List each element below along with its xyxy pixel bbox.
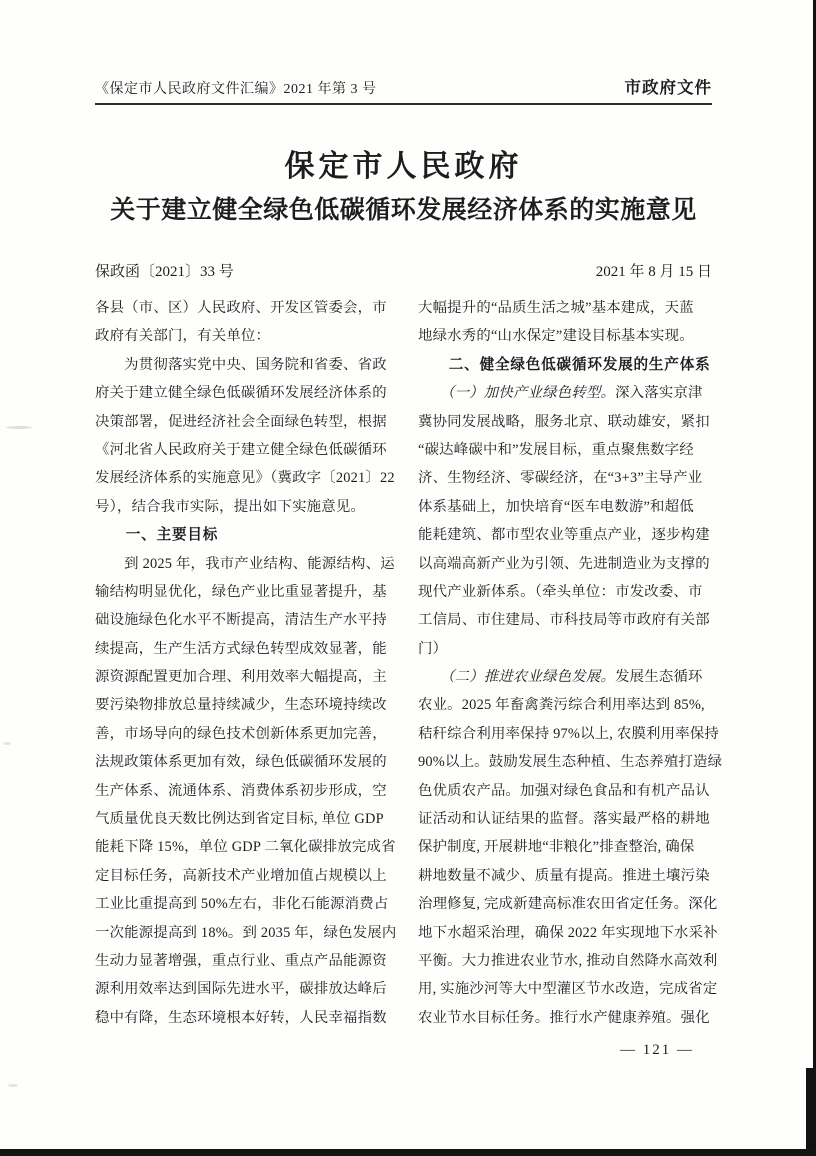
scan-speck: [6, 426, 32, 429]
text-line: 秸秆综合利用率保持 97%以上, 农膜利用率保持: [418, 720, 712, 748]
document-title-subject: 关于建立健全绿色低碳循环发展经济体系的实施意见: [95, 190, 712, 226]
text-line: 稳中有降，生态环境根本好转，人民幸福指数: [95, 1004, 404, 1032]
scan-edge-right-corner: [806, 1068, 816, 1156]
section-heading: 一、主要目标: [95, 521, 404, 549]
text-line: 门）: [418, 635, 712, 663]
text-line: 为贯彻落实党中央、国务院和省委、省政: [95, 351, 404, 379]
text-line: 到 2025 年，我市产业结构、能源结构、运: [95, 550, 404, 578]
text-line: 《河北省人民政府关于建立健全绿色低碳循环: [95, 436, 404, 464]
page-header: 《保定市人民政府文件汇编》2021 年第 3 号 市政府文件: [95, 0, 712, 105]
text-line: 90%以上。鼓励发展生态种植、生态养殖打造绿: [418, 748, 712, 776]
text-line: 能耗下降 15%，单位 GDP 二氧化碳排放完成省: [95, 833, 404, 861]
text-line: 善，市场导向的绿色技术创新体系更加完善，: [95, 720, 404, 748]
text-line: 号），结合我市实际，提出如下实施意见。: [95, 493, 404, 521]
doc-date: 2021 年 8 月 15 日: [596, 260, 712, 281]
body-right-column: 大幅提升的“品质生活之城”基本建成，天蓝地绿水秀的“山水保定”建设目标基本实现。…: [418, 294, 712, 1032]
text-line: 定目标任务，高新技术产业增加值占规模以上: [95, 862, 404, 890]
text-line: 保护制度, 开展耕地“非粮化”排查整治, 确保: [418, 833, 712, 861]
text-line: 生产体系、流通体系、消费体系初步形成，空: [95, 777, 404, 805]
document-category-label: 市政府文件: [625, 74, 713, 98]
text-line: 源资源配置更加合理、利用效率大幅提高，主: [95, 663, 404, 691]
text-line: 政府有关部门，有关单位：: [95, 322, 404, 350]
scan-speck: [8, 1084, 18, 1087]
compilation-header-text: 《保定市人民政府文件汇编》2021 年第 3 号: [95, 78, 377, 98]
text-line: 各县（市、区）人民政府、开发区管委会，市: [95, 294, 404, 322]
text-line: 色优质农产品。加强对绿色食品和有机产品认: [418, 777, 712, 805]
document-title-issuer: 保定市人民政府: [95, 141, 712, 185]
text-line: 决策部署，促进经济社会全面绿色转型，根据: [95, 408, 404, 436]
text-line: 生动力显著增强，重点行业、重点产品能源资: [95, 947, 404, 975]
text-line: 济、生物经济、零碳经济，在“3+3”主导产业: [418, 464, 712, 492]
text-line: 用, 实施沙河等大中型灌区节水改造，完成省定: [418, 975, 712, 1003]
text-line: 证活动和认证结果的监督。落实最严格的耕地: [418, 805, 712, 833]
scan-speck: [3, 742, 11, 745]
text-line: （一）加快产业绿色转型。深入落实京津: [418, 379, 712, 407]
text-line: 府关于建立健全绿色低碳循环发展经济体系的: [95, 379, 404, 407]
text-line: 一次能源提高到 18%。到 2035 年，绿色发展内: [95, 919, 404, 947]
body-columns: 各县（市、区）人民政府、开发区管委会，市政府有关部门，有关单位： 为贯彻落实党中…: [95, 294, 712, 1032]
body-left-column: 各县（市、区）人民政府、开发区管委会，市政府有关部门，有关单位： 为贯彻落实党中…: [95, 294, 404, 1032]
text-line: 耕地数量不减少、质量有提高。推进土壤污染: [418, 862, 712, 890]
section-heading: 二、健全绿色低碳循环发展的生产体系: [418, 351, 712, 379]
text-line: 大幅提升的“品质生活之城”基本建成，天蓝: [418, 294, 712, 322]
text-line: 平衡。大力推进农业节水, 推动自然降水高效利: [418, 947, 712, 975]
text-line: 能耗建筑、都市型农业等重点产业，逐步构建: [418, 521, 712, 549]
text-line: 输结构明显优化，绿色产业比重显著提升，基: [95, 578, 404, 606]
text-line: 要污染物排放总量持续减少，生态环境持续改: [95, 691, 404, 719]
text-line: 治理修复, 完成新建高标准农田省定任务。深化: [418, 890, 712, 918]
text-line: 气质量优良天数比例达到省定目标, 单位 GDP: [95, 805, 404, 833]
text-line: 以高端高新产业为引领、先进制造业为支撑的: [418, 550, 712, 578]
page-number: — 121 —: [95, 1042, 712, 1059]
text-line: 冀协同发展战略，服务北京、联动雄安，紧扣: [418, 408, 712, 436]
kai-emphasis-text: （一）加快产业绿色转型。: [418, 385, 615, 401]
text-line: 地下水超采治理，确保 2022 年实现地下水采补: [418, 919, 712, 947]
text-line: （二）推进农业绿色发展。发展生态循环: [418, 663, 712, 691]
text-line: 发展经济体系的实施意见》（冀政字〔2021〕22: [95, 464, 404, 492]
text-line: 工业比重提高到 50%左右，非化石能源消费占: [95, 890, 404, 918]
text-line: 法规政策体系更加有效，绿色低碳循环发展的: [95, 748, 404, 776]
page-content: 《保定市人民政府文件汇编》2021 年第 3 号 市政府文件 保定市人民政府 关…: [95, 0, 712, 1059]
text-line: 础设施绿色化水平不断提高，清洁生产水平持: [95, 606, 404, 634]
text-line: “碳达峰碳中和”发展目标，重点聚焦数字经: [418, 436, 712, 464]
text-line: 现代产业新体系。（牵头单位：市发改委、市: [418, 578, 712, 606]
kai-emphasis-text: （二）推进农业绿色发展。: [418, 669, 615, 685]
text-line: 续提高，生产生活方式绿色转型成效显著，能: [95, 635, 404, 663]
text-line: 地绿水秀的“山水保定”建设目标基本实现。: [418, 322, 712, 350]
text-line: 工信局、市住建局、市科技局等市政府有关部: [418, 606, 712, 634]
document-meta-row: 保政函〔2021〕33 号 2021 年 8 月 15 日: [95, 260, 712, 281]
doc-number: 保政函〔2021〕33 号: [95, 260, 234, 281]
text-line: 体系基础上，加快培育“医车电数游”和超低: [418, 493, 712, 521]
document-page: 《保定市人民政府文件汇编》2021 年第 3 号 市政府文件 保定市人民政府 关…: [0, 0, 816, 1156]
scan-edge-bottom: [0, 1149, 816, 1156]
text-line: 源利用效率达到国际先进水平，碳排放达峰后: [95, 975, 404, 1003]
text-line: 农业节水目标任务。推行水产健康养殖。强化: [418, 1004, 712, 1032]
text-line: 农业。2025 年畜禽粪污综合利用率达到 85%,: [418, 691, 712, 719]
